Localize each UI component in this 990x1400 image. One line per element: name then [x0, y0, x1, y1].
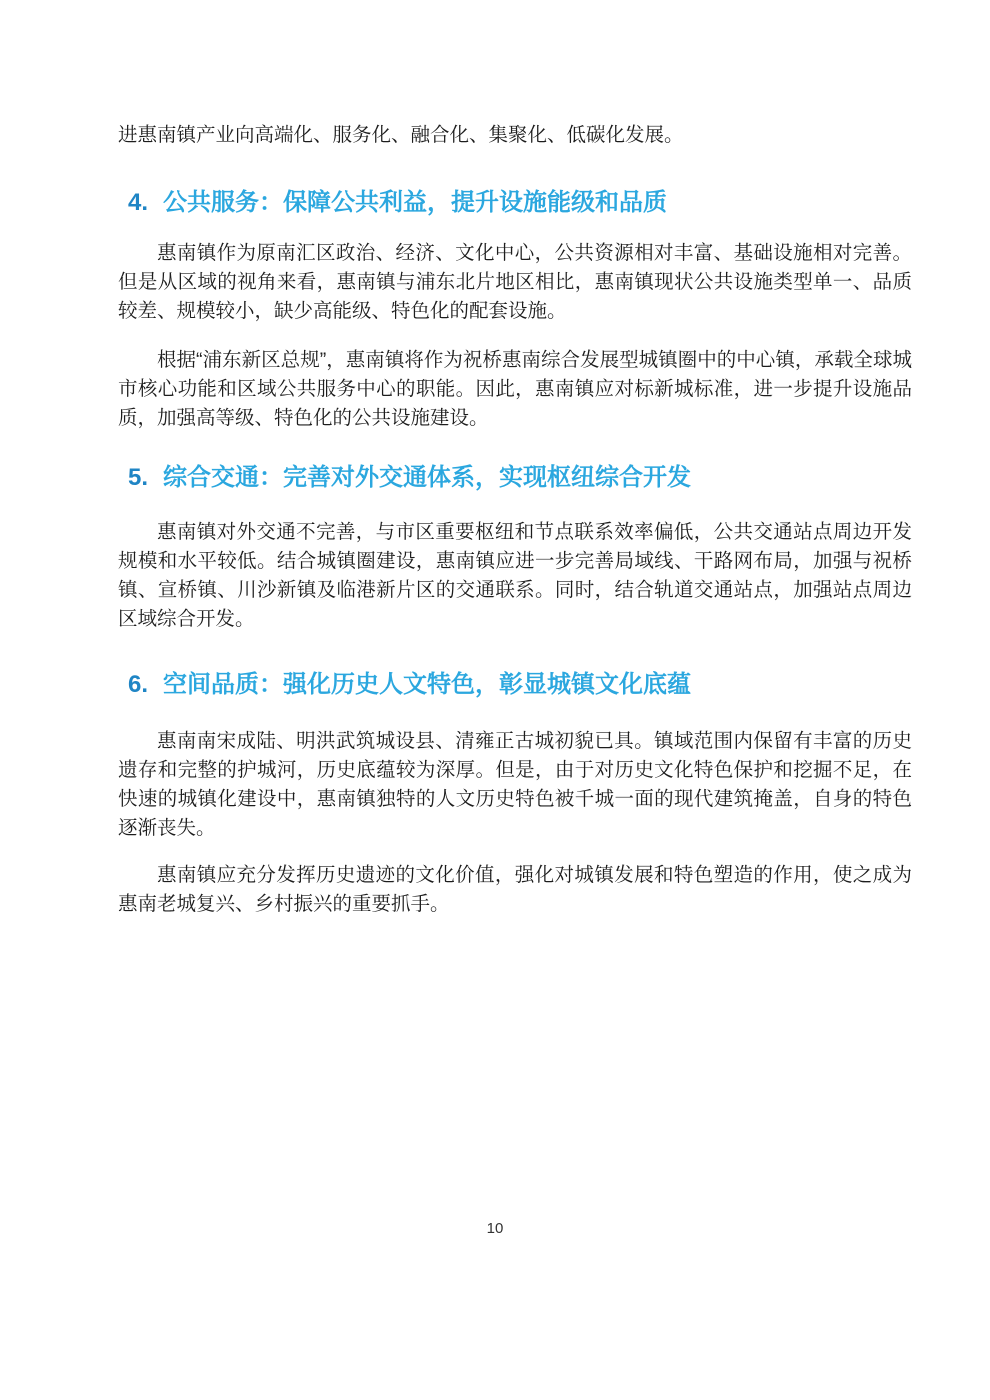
page-number: 10 [487, 1220, 504, 1237]
section-6-title: 空间品质：强化历史人文特色，彰显城镇文化底蕴 [163, 664, 691, 699]
section-5-number: 5. [128, 464, 148, 492]
section-6-paragraph-2: 惠南镇应充分发挥历史遗迹的文化价值，强化对城镇发展和特色塑造的作用，使之成为惠南… [118, 861, 912, 919]
section-4-heading: 4. 公共服务：保障公共利益，提升设施能级和品质 [128, 182, 912, 217]
section-4-paragraph-2: 根据“浦东新区总规”，惠南镇将作为祝桥惠南综合发展型城镇圈中的中心镇，承载全球城… [118, 346, 912, 433]
section-5-paragraph-1: 惠南镇对外交通不完善，与市区重要枢纽和节点联系效率偏低，公共交通站点周边开发规模… [118, 518, 912, 634]
section-4-paragraph-1: 惠南镇作为原南汇区政治、经济、文化中心，公共资源相对丰富、基础设施相对完善。但是… [118, 239, 912, 326]
section-4-number: 4. [128, 189, 148, 217]
section-6-paragraph-1: 惠南南宋成陆、明洪武筑城设县、清雍正古城初貌已具。镇域范围内保留有丰富的历史遗存… [118, 727, 912, 843]
document-page: 进惠南镇产业向高端化、服务化、融合化、集聚化、低碳化发展。 4. 公共服务：保障… [0, 0, 990, 1400]
page-footer: 10 [0, 1220, 990, 1237]
section-5-title: 综合交通：完善对外交通体系，实现枢纽综合开发 [163, 457, 691, 492]
section-6-heading: 6. 空间品质：强化历史人文特色，彰显城镇文化底蕴 [128, 664, 912, 699]
continuation-paragraph: 进惠南镇产业向高端化、服务化、融合化、集聚化、低碳化发展。 [118, 121, 912, 150]
section-6-number: 6. [128, 671, 148, 699]
section-5-heading: 5. 综合交通：完善对外交通体系，实现枢纽综合开发 [128, 457, 912, 492]
section-4-title: 公共服务：保障公共利益，提升设施能级和品质 [163, 182, 667, 217]
